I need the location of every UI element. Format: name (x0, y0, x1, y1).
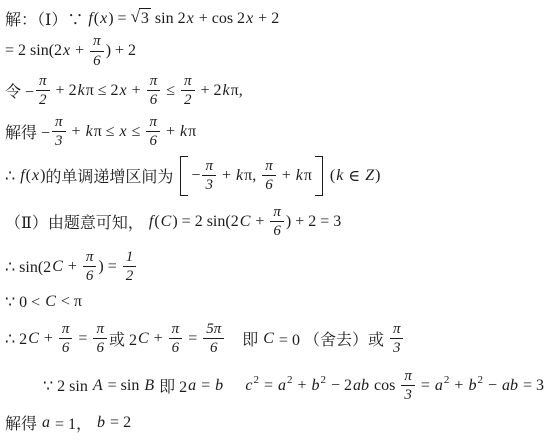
square-root: √3 (131, 8, 151, 28)
fraction-numerator: π (90, 33, 104, 52)
fraction-numerator: π (181, 73, 195, 92)
math-variable: k (222, 82, 231, 100)
math-text: = 2 (106, 414, 131, 432)
math-text: ∈ (344, 166, 364, 186)
math-variable: x (119, 82, 128, 100)
fraction-numerator: π (93, 321, 107, 340)
math-text: + (128, 82, 145, 100)
math-text: = 3 (519, 377, 544, 395)
fraction: π6 (146, 114, 160, 150)
fraction-denominator: 6 (62, 339, 70, 357)
math-text: ) + 2 = 3 (286, 213, 341, 231)
fraction-denominator: 2 (184, 91, 192, 109)
math-text: + (278, 167, 295, 185)
fraction: π3 (202, 158, 216, 194)
fraction: π6 (147, 73, 161, 109)
math-text: ) = (98, 258, 120, 276)
math-text: ≤ (128, 123, 145, 141)
page: { "page": { "background": "#ffffff", "te… (0, 0, 546, 440)
fraction-denominator: 3 (55, 132, 63, 150)
math-text: π, (231, 82, 243, 100)
superscript: 2 (253, 374, 260, 386)
line-increasing-interval: ∴ f(x)的单调递增区间为 −π3 + kπ, π6 + kπ (k ∈ Z) (5, 152, 544, 199)
math-variable: b (96, 414, 106, 432)
fraction-denominator: 6 (96, 339, 104, 357)
math-text: 令 − (5, 79, 34, 102)
math-text: ( (326, 167, 335, 185)
fraction-denominator: 6 (172, 339, 180, 357)
fraction: π3 (401, 368, 415, 404)
math-text: ∴ 2 (5, 329, 27, 349)
math-variable: x (119, 123, 128, 141)
math-text: = 0 （舍去）或 (275, 327, 388, 350)
math-variable: C (239, 213, 252, 231)
math-text: ) (375, 167, 380, 185)
fraction-numerator: π (146, 114, 160, 133)
superscript: 2 (287, 374, 294, 386)
right-bracket (315, 156, 323, 196)
fraction-numerator: π (83, 249, 97, 268)
math-text: π (188, 123, 196, 141)
math-variable: k (85, 123, 94, 141)
math-text: sin 2 (151, 10, 186, 28)
math-text: 或 2 (109, 327, 137, 350)
math-variable: x (245, 10, 254, 28)
math-text: ) = 2 sin(2 (172, 213, 238, 231)
math-text: π ≤ (94, 123, 119, 141)
math-variable: a (187, 377, 197, 395)
fraction-denominator: 6 (86, 267, 94, 285)
math-variable: C (137, 330, 150, 348)
fraction-numerator: π (401, 368, 415, 387)
math-text: 即 (242, 327, 262, 350)
fraction: 12 (123, 249, 137, 285)
math-variable: Z (364, 167, 375, 185)
math-text: + (251, 213, 268, 231)
fraction-numerator: π (202, 158, 216, 177)
math-variable: C (44, 293, 57, 311)
left-bracket (180, 156, 188, 196)
math-text: = (197, 377, 214, 395)
math-text: − 2 (327, 377, 352, 395)
math-text: + 2 (254, 10, 279, 28)
math-variable: C (262, 330, 275, 348)
math-variable: C (51, 258, 64, 276)
fraction: π6 (90, 33, 104, 69)
math-text: = 1， (51, 411, 96, 434)
line-sine-law-cosine-law: ∵ 2 sin A = sin B 即 2a = bc2 = a2 + b2 −… (5, 362, 544, 409)
math-variable: x (31, 167, 40, 185)
math-text: + (68, 123, 85, 141)
superscript: 2 (321, 374, 328, 386)
math-text: π ≤ 2 (86, 82, 119, 100)
math-text: + (64, 258, 81, 276)
fraction-denominator: 2 (39, 91, 47, 109)
math-text: + cos 2 (195, 10, 245, 28)
fraction: π6 (59, 321, 73, 357)
line-C-solutions: ∴ 2C + π6 = π6或 2C + π6 = 5π6即 C = 0 （舍去… (5, 315, 544, 362)
line-final-answer: 解得 a = 1， b = 2 (5, 409, 544, 436)
line-solved-inequality: 解得 −π3 + kπ ≤ x ≤ π6 + kπ (5, 111, 544, 152)
math-variable: B (143, 377, 155, 395)
math-variable: b (311, 377, 321, 395)
fraction-denominator: 6 (273, 222, 281, 240)
fraction: π2 (181, 73, 195, 109)
math-text: + (71, 42, 88, 60)
fraction-denominator: 6 (149, 132, 157, 150)
math-variable: k (235, 167, 244, 185)
fraction-denominator: 6 (210, 339, 218, 357)
fraction: π6 (270, 204, 284, 240)
math-text: = (74, 330, 91, 348)
fraction-denominator: 3 (393, 339, 401, 357)
math-solution: 解：（Ⅰ）∵ f(x) = √3 sin 2x + cos 2x + 2= 2 … (0, 0, 546, 436)
math-text: < π (57, 293, 82, 311)
math-text: ∵ 0 < (5, 292, 44, 312)
math-text: = (260, 377, 277, 395)
math-text: ∵ 2 sin (43, 376, 92, 396)
fraction: π2 (36, 73, 50, 109)
line-C-range: ∵ 0 < C < π (5, 289, 544, 315)
math-text: + (162, 123, 179, 141)
fraction-numerator: 1 (123, 249, 137, 268)
math-text: ) = (108, 10, 130, 28)
math-text: 即 2 (155, 374, 187, 397)
fraction-numerator: π (390, 321, 404, 340)
fraction-numerator: π (169, 321, 183, 340)
math-text: + (450, 377, 467, 395)
fraction: π6 (262, 158, 276, 194)
line-part2-fC: （Ⅱ）由题意可知， f(C) = 2 sin(2C + π6) + 2 = 3 (5, 199, 544, 244)
fraction-numerator: π (59, 321, 73, 340)
fraction: π6 (93, 321, 107, 357)
line-simplified-form: = 2 sin(2x + π6) + 2 (5, 32, 544, 70)
fraction-numerator: π (262, 158, 276, 177)
math-variable: a (41, 414, 51, 432)
fraction: π6 (83, 249, 97, 285)
math-text: + 2 (52, 82, 77, 100)
math-text: ∴ (5, 166, 19, 186)
fraction-numerator: 5π (203, 321, 224, 340)
fraction: π3 (52, 114, 66, 150)
radicand: 3 (139, 8, 151, 28)
fraction: π3 (390, 321, 404, 357)
fraction-denominator: 6 (150, 91, 158, 109)
math-text: 的单调递增区间为 (45, 164, 177, 187)
fraction-numerator: π (147, 73, 161, 92)
math-text: ∴ sin(2 (5, 257, 51, 277)
math-text: + (150, 330, 167, 348)
math-text: + (293, 377, 310, 395)
fraction-numerator: π (270, 204, 284, 223)
math-variable: x (99, 10, 108, 28)
line-monotonic-inequality: 令 −π2 + 2kπ ≤ 2x + π6 ≤ π2 + 2kπ, (5, 70, 544, 111)
math-variable: x (62, 42, 71, 60)
math-text: 解：（Ⅰ）∵ (5, 7, 87, 30)
fraction: 5π6 (203, 321, 224, 357)
math-text: + (218, 167, 235, 185)
math-text: = (184, 330, 201, 348)
fraction-denominator: 3 (404, 386, 412, 404)
math-variable: ab (352, 377, 370, 395)
math-variable: b (214, 377, 224, 395)
math-text: π (304, 167, 312, 185)
math-variable: k (335, 167, 344, 185)
math-text: （Ⅱ）由题意可知， (5, 210, 148, 233)
math-text: − (484, 377, 501, 395)
math-variable: C (160, 213, 173, 231)
math-variable: C (27, 330, 40, 348)
math-variable: a (434, 377, 444, 395)
superscript: 2 (444, 374, 451, 386)
fraction-denominator: 2 (126, 267, 134, 285)
math-text: = (417, 377, 434, 395)
fraction-denominator: 6 (93, 52, 101, 70)
math-variable: k (179, 123, 188, 141)
math-variable: k (77, 82, 86, 100)
math-text: π, (244, 167, 260, 185)
math-variable: x (186, 10, 195, 28)
math-text: ≤ (162, 82, 179, 100)
math-text: cos (370, 377, 399, 395)
math-text: + 2 (197, 82, 222, 100)
math-text: ) + 2 (106, 42, 136, 60)
math-variable: k (295, 167, 304, 185)
math-text: + (40, 330, 57, 348)
math-variable: A (92, 377, 104, 395)
math-text: 解得 − (5, 120, 50, 143)
fraction-denominator: 6 (265, 176, 273, 194)
math-text: = 2 sin(2 (5, 42, 62, 60)
fraction-numerator: π (52, 114, 66, 133)
math-variable: b (467, 377, 477, 395)
superscript: 2 (477, 374, 484, 386)
line-sin-equals-half: ∴ sin(2C + π6) = 12 (5, 244, 544, 289)
math-text: = sin (104, 377, 144, 395)
math-text: 解得 (5, 411, 41, 434)
fraction-denominator: 3 (205, 176, 213, 194)
fraction: π6 (169, 321, 183, 357)
line-part1-given: 解：（Ⅰ）∵ f(x) = √3 sin 2x + cos 2x + 2 (5, 5, 544, 32)
math-variable: c (244, 377, 253, 395)
math-variable: ab (501, 377, 519, 395)
math-variable: a (277, 377, 287, 395)
fraction-numerator: π (36, 73, 50, 92)
math-text: − (191, 167, 200, 185)
